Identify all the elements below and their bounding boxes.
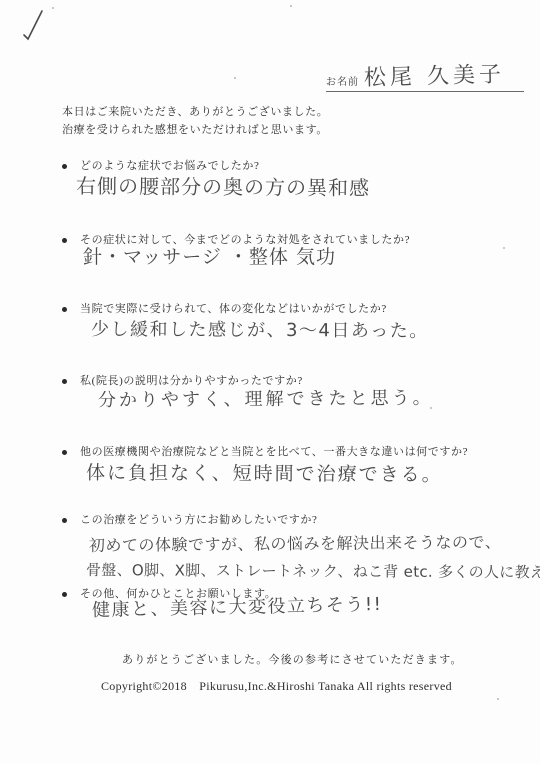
question-text-5: 他の医療機関や治療院などと当院とを比べて、一番大きな違いは何ですか? xyxy=(80,447,468,458)
answer-handwriting-3: 少し緩和した感じが、3〜4日あった。 xyxy=(91,321,429,341)
question-text-6: この治療をどういう方にお勧めしたいですか? xyxy=(80,515,317,526)
question-row-5: 他の医療機関や治療院などと当院とを比べて、一番大きな違いは何ですか? xyxy=(62,447,468,458)
bullet-icon xyxy=(62,307,67,312)
intro-line-2: 治療を受けられた感想をいただければと思います。 xyxy=(62,125,328,136)
answer-handwriting-2: 針・マッサージ ・整体 気功 xyxy=(83,248,336,267)
question-row-1: どのような症状でお悩みでしたか? xyxy=(62,161,259,172)
answer-handwriting-4: 分かりやすく、理解できたと思う。 xyxy=(98,390,434,410)
name-label: お名前 xyxy=(326,78,359,91)
bullet-icon xyxy=(62,592,67,597)
answer-handwriting-7: 健康と、美容に大変役立ちそう!! xyxy=(92,596,383,620)
question-row-2: その症状に対して、今までどのような対処をされていましたか? xyxy=(62,235,410,246)
question-row-4: 私(院長)の説明は分かりやすかったですか? xyxy=(62,376,303,387)
question-text-2: その症状に対して、今までどのような対処をされていましたか? xyxy=(80,235,410,246)
bullet-icon xyxy=(62,379,67,384)
name-handwritten-value: 松尾 久美子 xyxy=(364,64,506,91)
bullet-icon xyxy=(62,518,67,523)
question-row-6: この治療をどういう方にお勧めしたいですか? xyxy=(62,515,317,526)
scan-speck xyxy=(234,77,236,79)
answer-handwriting-1: 右側の腰部分の奥の方の異和感 xyxy=(76,176,370,198)
intro-line-1: 本日はご来院いただき、ありがとうございました。 xyxy=(62,107,328,118)
question-row-3: 当院で実際に受けられて、体の変化などはいかがでしたか? xyxy=(62,304,387,315)
name-field: お名前 松尾 久美子 xyxy=(326,54,524,92)
closing-text: ありがとうございました。今後の参考にさせていただきます。 xyxy=(122,655,463,666)
scan-speck xyxy=(52,7,54,9)
scan-speck xyxy=(503,247,505,249)
question-text-4: 私(院長)の説明は分かりやすかったですか? xyxy=(80,376,303,387)
bullet-icon xyxy=(62,164,67,169)
handwritten-checkmark-icon xyxy=(20,5,50,47)
question-text-3: 当院で実際に受けられて、体の変化などはいかがでしたか? xyxy=(80,304,387,315)
answer-handwriting-6-line-1: 初めての体験ですが、私の悩みを解決出来そうなので、 xyxy=(89,534,501,554)
scan-speck xyxy=(497,698,499,700)
scanned-feedback-form: お名前 松尾 久美子 本日はご来院いただき、ありがとうございました。 治療を受け… xyxy=(0,0,540,764)
question-text-1: どのような症状でお悩みでしたか? xyxy=(80,161,259,172)
bullet-icon xyxy=(62,450,67,455)
bullet-icon xyxy=(62,238,67,243)
answer-handwriting-5: 体に負担なく、短時間で治療できる。 xyxy=(86,464,443,485)
copyright-text: Copyright©2018 Pikurusu,Inc.&Hiroshi Tan… xyxy=(101,680,452,692)
scan-speck xyxy=(290,5,292,7)
answer-handwriting-6-line-2: 骨盤、O脚、X脚、ストレートネック、ねこ背 etc. 多くの人に教えたい! xyxy=(86,563,540,581)
scan-speck xyxy=(430,407,432,409)
